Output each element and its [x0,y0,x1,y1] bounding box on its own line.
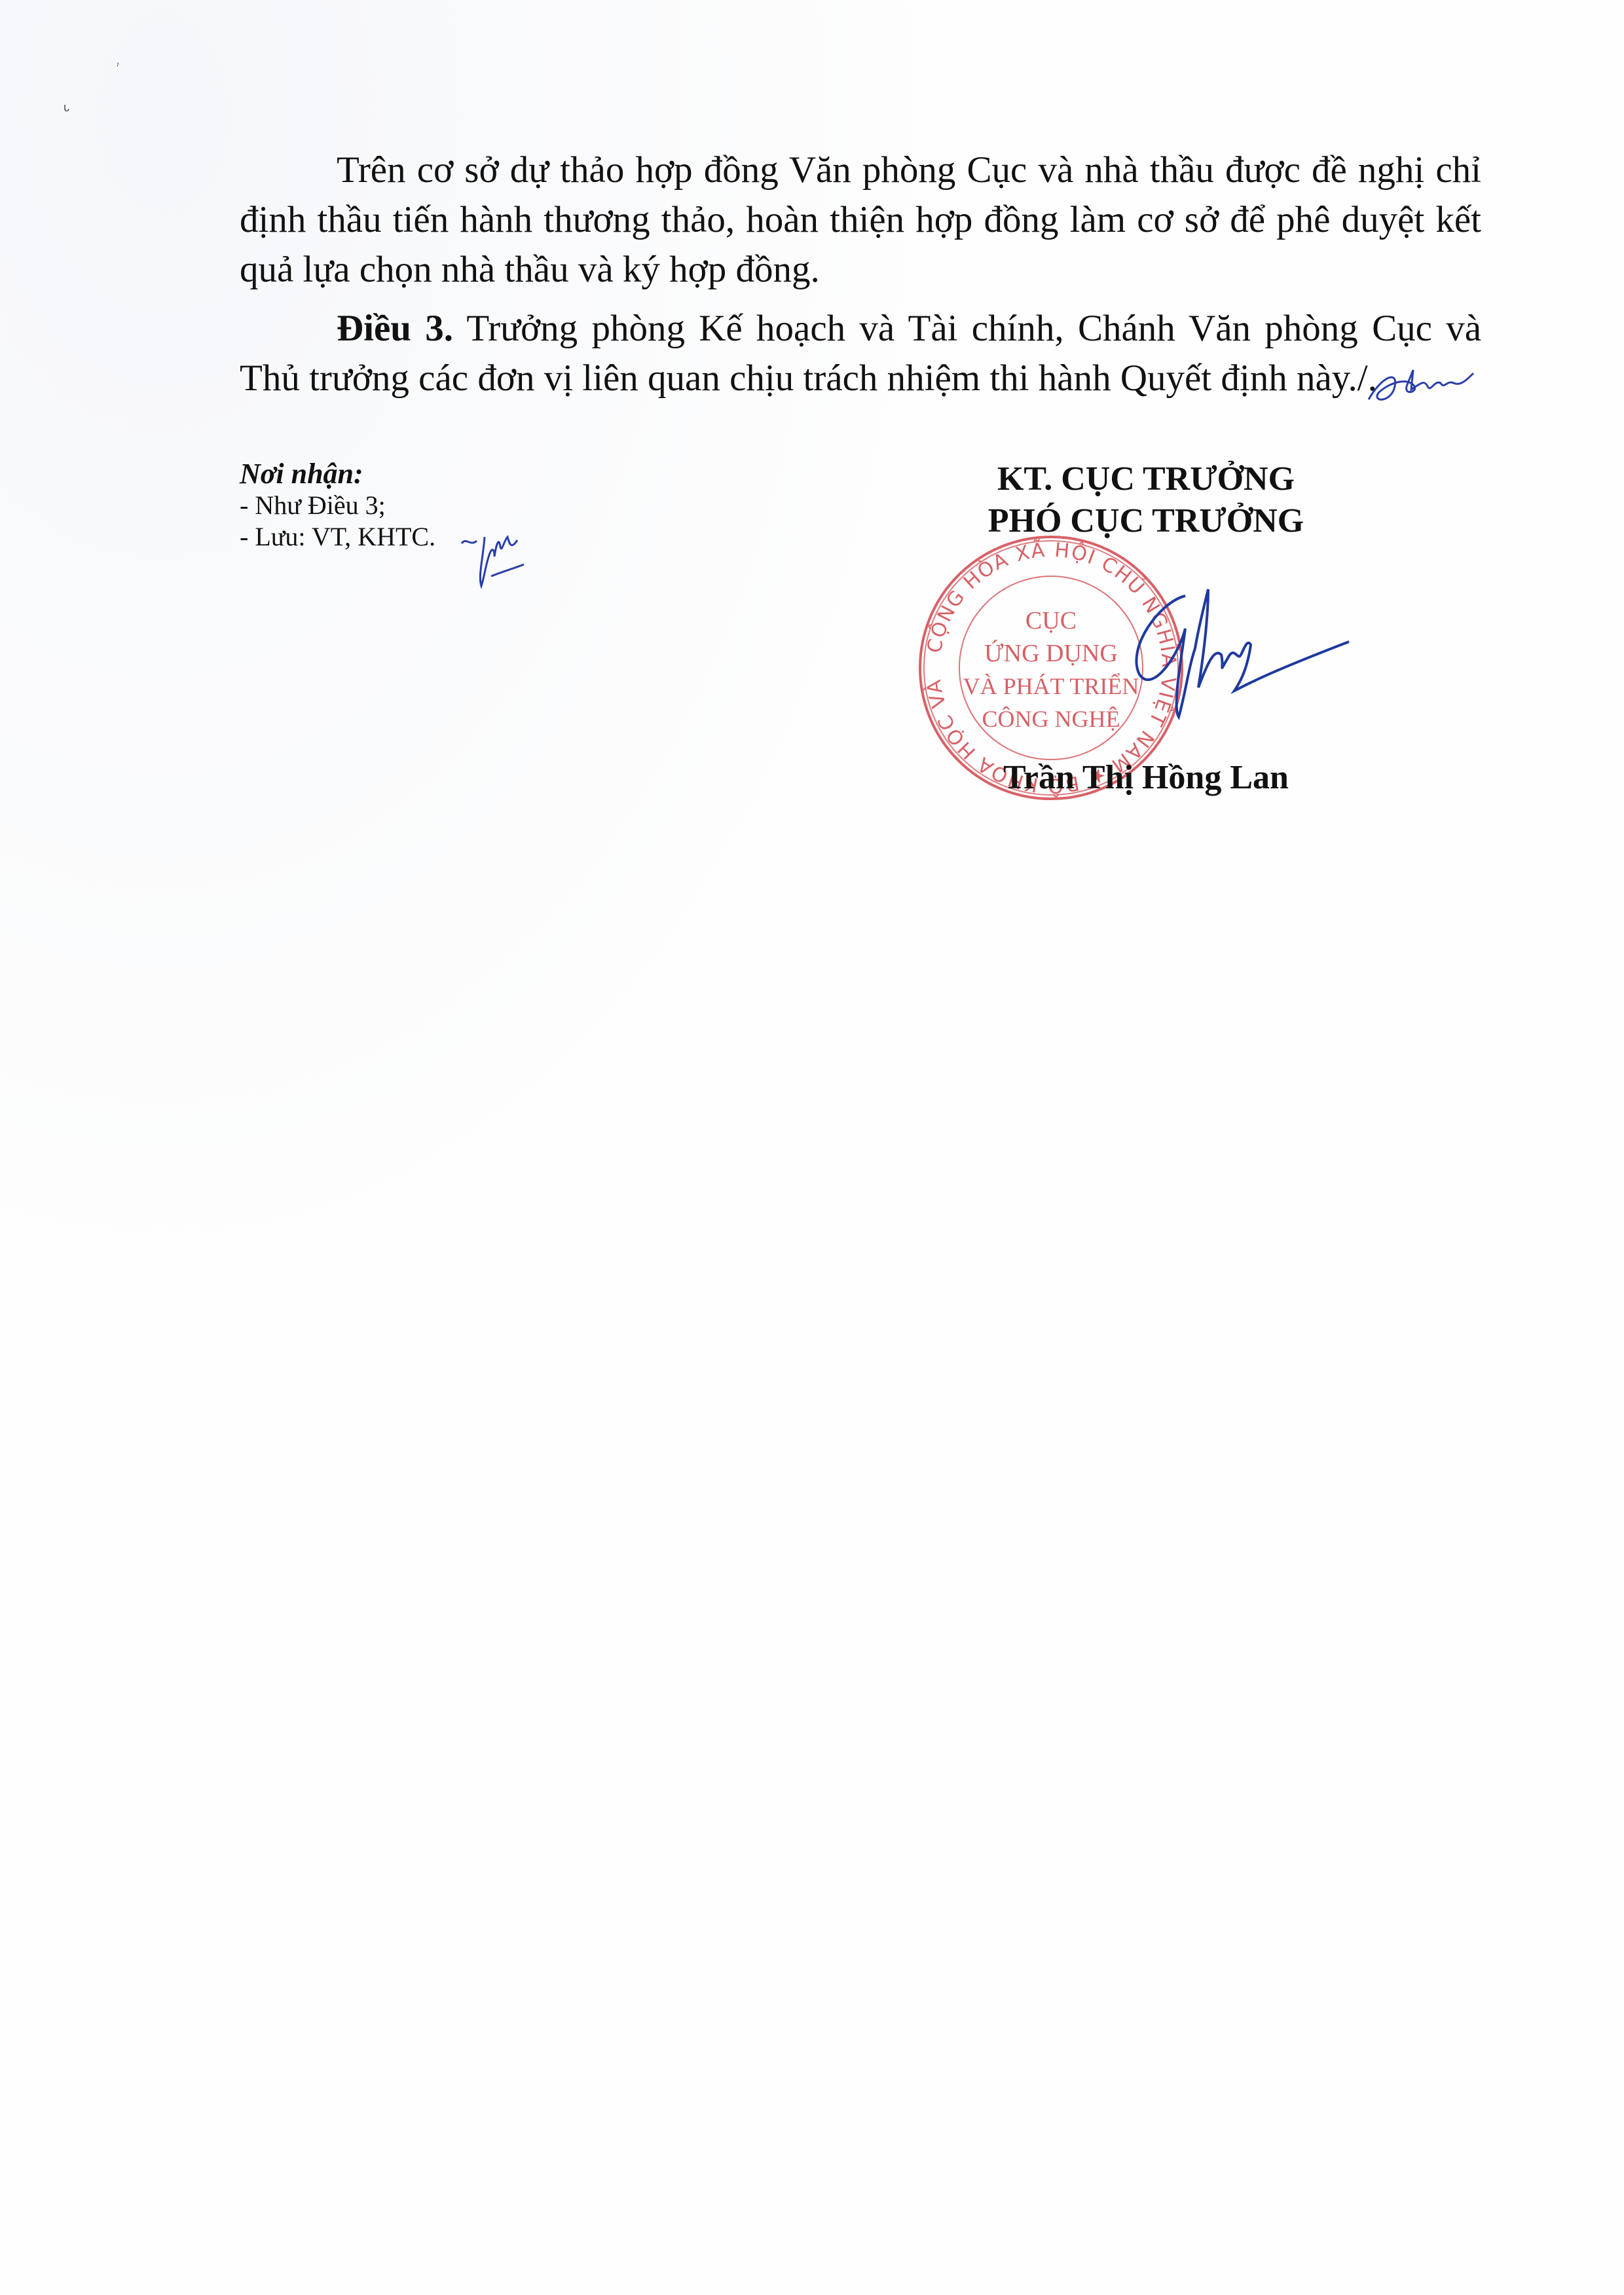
paragraph-text: Trên cơ sở dự thảo hợp đồng Văn phòng Cụ… [240,149,1481,290]
initials-signature-icon [1362,363,1480,409]
contract-paragraph: Trên cơ sở dự thảo hợp đồng Văn phòng Cụ… [240,145,1481,295]
signature-title-line1: KT. CỤC TRƯỞNG [943,458,1349,500]
signer-name: Trần Thị Hồng Lan [943,758,1349,797]
recipient-item: - Như Điều 3; [240,490,435,521]
handwritten-signature-icon [1087,576,1362,740]
scan-speck: ᒐ [64,105,69,114]
scan-speck: ˀ [117,62,119,71]
article-3-paragraph: Điều 3. Trưởng phòng Kế hoạch và Tài chí… [240,304,1481,403]
recipients-title: Nơi nhận: [240,458,435,490]
recipient-item: - Lưu: VT, KHTC. [240,521,435,553]
filing-initials-icon [458,524,537,596]
signature-block: KT. CỤC TRƯỞNG PHÓ CỤC TRƯỞNG Trần Thị H… [943,458,1349,542]
signature-title-line2: PHÓ CỤC TRƯỞNG [943,500,1349,542]
recipients-block: Nơi nhận: - Như Điều 3; - Lưu: VT, KHTC. [240,458,435,553]
article-label: Điều 3. [337,308,453,349]
document-body: Trên cơ sở dự thảo hợp đồng Văn phòng Cụ… [240,145,1481,403]
svg-text:CỤC: CỤC [1025,607,1077,634]
